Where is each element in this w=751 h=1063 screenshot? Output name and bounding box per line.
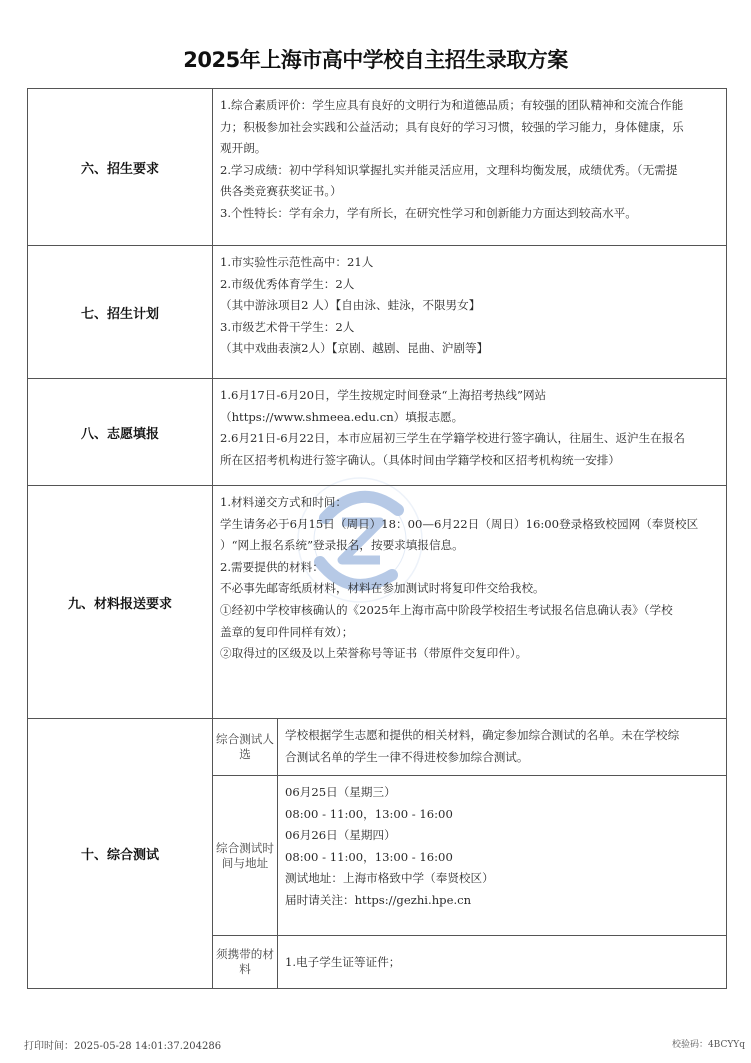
section-row-plan: 七、招生计划 1.市实验性示范性高中：21人 2.市级优秀体育学生：2人 （其中… xyxy=(28,246,727,379)
text-line: ）“网上报名系统”登录报名，按要求填报信息。 xyxy=(220,535,720,557)
subrow-label: 综合测试人选 xyxy=(213,719,278,776)
text-line: 不必事先邮寄纸质材料，材料在参加测试时将复印件交给我校。 xyxy=(220,578,720,600)
subrow-content: 1.电子学生证等证件； xyxy=(278,936,727,989)
section-heading: 六、招生要求 xyxy=(28,89,213,246)
section-content: 1.市实验性示范性高中：21人 2.市级优秀体育学生：2人 （其中游泳项目2 人… xyxy=(213,246,727,379)
text-line: 1.电子学生证等证件； xyxy=(285,952,720,974)
text-line: 2.市级优秀体育学生：2人 xyxy=(220,274,720,296)
text-line: 观开朗。 xyxy=(220,138,720,160)
subrow-label: 综合测试时间与地址 xyxy=(213,776,278,936)
section-row-test-candidates: 十、综合测试 综合测试人选 学校根据学生志愿和提供的相关材料，确定参加综合测试的… xyxy=(28,719,727,776)
text-line: 06月25日（星期三） xyxy=(285,782,720,804)
text-line: 2.需要提供的材料： xyxy=(220,557,720,579)
text-line: 盖章的复印件同样有效）； xyxy=(220,622,720,644)
section-content: 1.6月17日-6月20日，学生按规定时间登录“上海招考热线”网站 （https… xyxy=(213,379,727,486)
text-line: 所在区招考机构进行签字确认。（具体时间由学籍学校和区招考机构统一安排） xyxy=(220,450,720,472)
text-line: 3.个性特长：学有余力，学有所长，在研究性学习和创新能力方面达到较高水平。 xyxy=(220,203,720,225)
text-line: 1.6月17日-6月20日，学生按规定时间登录“上海招考热线”网站 xyxy=(220,385,720,407)
section-row-application: 八、志愿填报 1.6月17日-6月20日，学生按规定时间登录“上海招考热线”网站… xyxy=(28,379,727,486)
text-line: 供各类竞赛获奖证书。） xyxy=(220,181,720,203)
text-line: 1.市实验性示范性高中：21人 xyxy=(220,252,720,274)
text-line: 学生请务必于6月15日（周日）18：00—6月22日（周日）16:00登录格致校… xyxy=(220,514,720,536)
text-line: 力；积极参加社会实践和公益活动；具有良好的学习习惯，较强的学习能力，身体健康，乐 xyxy=(220,117,720,139)
verify-code: 校验码：4BCYYq xyxy=(672,1037,745,1050)
print-time: 打印时间：2025-05-28 14:01:37.204286 xyxy=(24,1037,221,1052)
section-row-materials: 九、材料报送要求 1.材料递交方式和时间： 学生请务必于6月15日（周日）18：… xyxy=(28,486,727,719)
section-content: 1.材料递交方式和时间： 学生请务必于6月15日（周日）18：00—6月22日（… xyxy=(213,486,727,719)
text-line: 08:00 - 11:00，13:00 - 16:00 xyxy=(285,847,720,869)
admission-table: 六、招生要求 1.综合素质评价：学生应具有良好的文明行为和道德品质；有较强的团队… xyxy=(27,88,727,989)
text-line: 学校根据学生志愿和提供的相关材料，确定参加综合测试的名单。未在学校综 xyxy=(285,725,720,747)
text-line: 合测试名单的学生一律不得进校参加综合测试。 xyxy=(285,747,720,769)
text-line: （其中戏曲表演2人）【京剧、越剧、昆曲、沪剧等】 xyxy=(220,338,720,360)
text-line: 测试地址：上海市格致中学（奉贤校区） xyxy=(285,868,720,890)
subrow-content: 06月25日（星期三） 08:00 - 11:00，13:00 - 16:00 … xyxy=(278,776,727,936)
text-line: （其中游泳项目2 人）【自由泳、蛙泳，不限男女】 xyxy=(220,295,720,317)
text-line: 2.6月21日-6月22日，本市应届初三学生在学籍学校进行签字确认，往届生、返沪… xyxy=(220,428,720,450)
section-heading: 七、招生计划 xyxy=(28,246,213,379)
text-line: 届时请关注：https://gezhi.hpe.cn xyxy=(285,890,720,912)
section-heading: 十、综合测试 xyxy=(28,719,213,989)
text-line: 1.材料递交方式和时间： xyxy=(220,492,720,514)
text-line: 2.学习成绩：初中学科知识掌握扎实并能灵活应用，文理科均衡发展，成绩优秀。（无需… xyxy=(220,160,720,182)
text-line: 08:00 - 11:00，13:00 - 16:00 xyxy=(285,804,720,826)
text-line: （https://www.shmeea.edu.cn）填报志愿。 xyxy=(220,407,720,429)
text-line: 3.市级艺术骨干学生：2人 xyxy=(220,317,720,339)
text-line: ①经初中学校审核确认的《2025年上海市高中阶段学校招生考试报名信息确认表》（学… xyxy=(220,600,720,622)
section-heading: 九、材料报送要求 xyxy=(28,486,213,719)
text-line: 1.综合素质评价：学生应具有良好的文明行为和道德品质；有较强的团队精神和交流合作… xyxy=(220,95,720,117)
text-line: ②取得过的区级及以上荣誉称号等证书（带原件交复印件）。 xyxy=(220,643,720,665)
section-heading: 八、志愿填报 xyxy=(28,379,213,486)
section-row-requirements: 六、招生要求 1.综合素质评价：学生应具有良好的文明行为和道德品质；有较强的团队… xyxy=(28,89,727,246)
subrow-content: 学校根据学生志愿和提供的相关材料，确定参加综合测试的名单。未在学校综 合测试名单… xyxy=(278,719,727,776)
text-line: 06月26日（星期四） xyxy=(285,825,720,847)
document-title: 2025年上海市高中学校自主招生录取方案 xyxy=(0,44,751,74)
subrow-label: 须携带的材料 xyxy=(213,936,278,989)
section-content: 1.综合素质评价：学生应具有良好的文明行为和道德品质；有较强的团队精神和交流合作… xyxy=(213,89,727,246)
